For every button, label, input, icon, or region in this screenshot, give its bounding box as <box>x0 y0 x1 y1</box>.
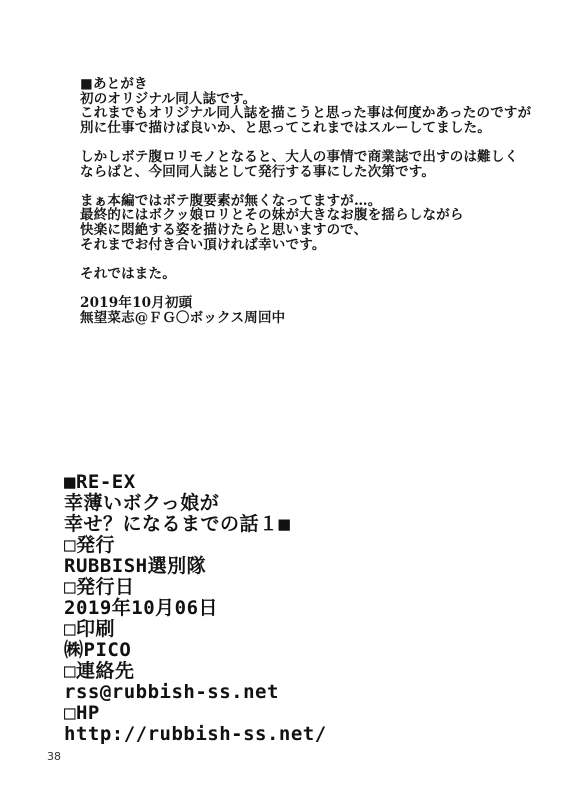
text-line: ■RE-EX <box>64 472 327 493</box>
text-line: 別に仕事で描けば良いか、と思ってこれまではスルーしてました。 <box>80 121 531 136</box>
text-line <box>80 281 531 296</box>
text-line: しかしボテ腹ロリモノとなると、大人の事情で商業誌で出すのは難しく <box>80 150 531 165</box>
text-line: それまでお付き合い頂ければ幸いです。 <box>80 238 531 253</box>
text-line: □発行日 <box>64 577 327 598</box>
text-line: 2019年10月初頭 <box>80 296 531 311</box>
colophon-section: ■RE-EX幸薄いボクっ娘が幸せ？になるまでの話１■□発行RUBBISH選別隊□… <box>64 472 327 745</box>
text-line: 幸せ？になるまでの話１■ <box>64 514 327 535</box>
text-line <box>80 135 531 150</box>
text-line: ならばと、今回同人誌として発行する事にした次第です。 <box>80 165 531 180</box>
text-line: それではまた。 <box>80 267 531 282</box>
doujinshi-credits-page: ■あとがき初のオリジナル同人誌です。これまでもオリジナル同人誌を描こうと思った事… <box>0 0 566 800</box>
text-line: □連絡先 <box>64 661 327 682</box>
text-line: 最終的にはボクッ娘ロリとその妹が大きなお腹を揺らしながら <box>80 208 531 223</box>
text-line: 2019年10月06日 <box>64 598 327 619</box>
page-number: 38 <box>47 750 61 763</box>
text-line: □発行 <box>64 535 327 556</box>
afterword-section: ■あとがき初のオリジナル同人誌です。これまでもオリジナル同人誌を描こうと思った事… <box>80 77 531 325</box>
text-line: RUBBISH選別隊 <box>64 556 327 577</box>
text-line: rss@rubbish-ss.net <box>64 682 327 703</box>
text-line: これまでもオリジナル同人誌を描こうと思った事は何度かあったのですが <box>80 106 531 121</box>
text-line <box>80 252 531 267</box>
text-line: □HP <box>64 703 327 724</box>
text-line: □印刷 <box>64 619 327 640</box>
text-line: 無望菜志@ＦＧ〇ボックス周回中 <box>80 311 531 326</box>
text-line: ㈱PICO <box>64 640 327 661</box>
text-line: 初のオリジナル同人誌です。 <box>80 92 531 107</box>
text-line <box>80 179 531 194</box>
text-line: 快楽に悶絶する姿を描けたらと思いますので、 <box>80 223 531 238</box>
text-line: http://rubbish-ss.net/ <box>64 724 327 745</box>
text-line: 幸薄いボクっ娘が <box>64 493 327 514</box>
text-line: ■あとがき <box>80 77 531 92</box>
